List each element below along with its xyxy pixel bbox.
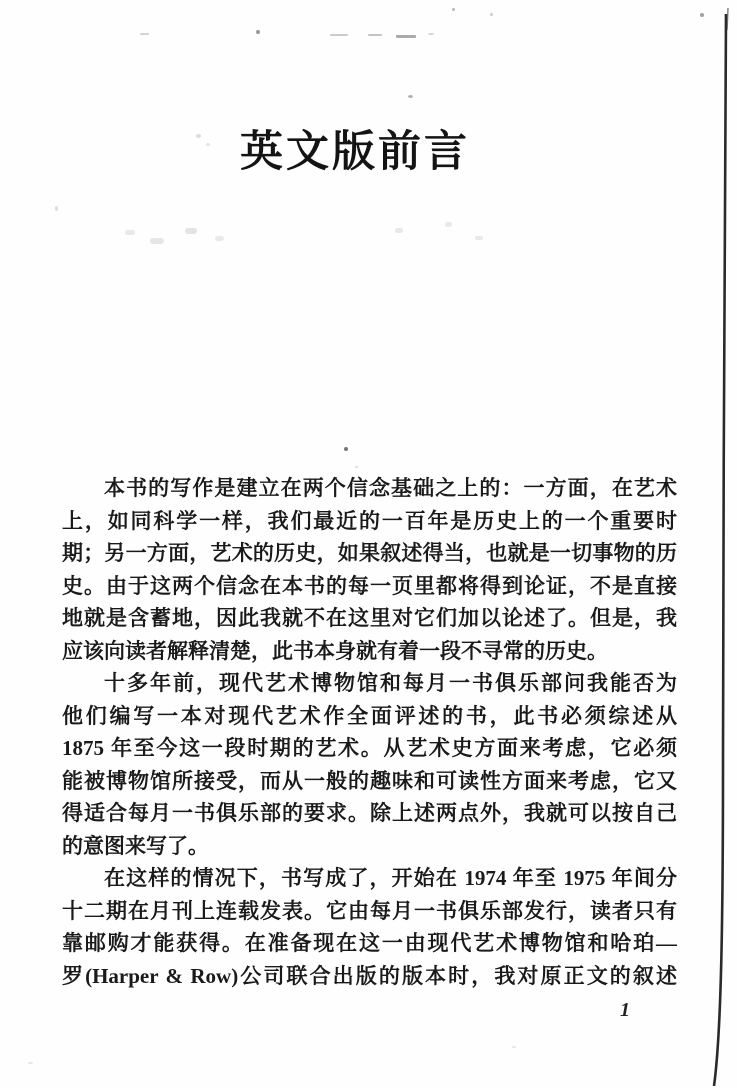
text-line: 他们编写一本对现代艺术作全面评述的书，此书必须综述从	[62, 700, 677, 733]
text-line: 史。由于这两个信念在本书的每一页里都将得到论证，不是直接	[62, 570, 677, 603]
text-line: 十二期在月刊上连载发表。它由每月一书俱乐部发行，读者只有	[62, 895, 677, 928]
text-line: 1875 年至今这一段时期的艺术。从艺术史方面来考虑，它必须	[62, 732, 677, 765]
preface-body: 本书的写作是建立在两个信念基础之上的：一方面，在艺术上，如同科学一样，我们最近的…	[62, 472, 677, 992]
page-title: 英文版前言	[0, 118, 710, 179]
book-page: 英文版前言 本书的写作是建立在两个信念基础之上的：一方面，在艺术上，如同科学一样…	[0, 0, 737, 1088]
text-line: 地就是含蓄地，因此我就不在这里对它们加以论述了。但是，我	[62, 602, 677, 635]
text-line: 期；另一方面，艺术的历史，如果叙述得当，也就是一切事物的历	[62, 537, 677, 570]
text-line: 的意图来写了。	[62, 830, 677, 863]
text-line: 能被博物馆所接受，而从一般的趣味和可读性方面来考虑，它又	[62, 765, 677, 798]
text-line: 得适合每月一书俱乐部的要求。除上述两点外，我就可以按自己	[62, 797, 677, 830]
text-line: 应该向读者解释清楚，此书本身就有着一段不寻常的历史。	[62, 635, 677, 668]
page-number: 1	[620, 999, 630, 1022]
text-line: 靠邮购才能获得。在准备现在这一由现代艺术博物馆和哈珀—	[62, 927, 677, 960]
text-line: 本书的写作是建立在两个信念基础之上的：一方面，在艺术	[62, 472, 677, 505]
text-line: 在这样的情况下，书写成了，开始在 1974 年至 1975 年间分	[62, 862, 677, 895]
text-line: 十多年前，现代艺术博物馆和每月一书俱乐部问我能否为	[62, 667, 677, 700]
text-line: 罗(Harper & Row)公司联合出版的版本时，我对原正文的叙述	[62, 960, 677, 993]
text-line: 上，如同科学一样，我们最近的一百年是历史上的一个重要时	[62, 505, 677, 538]
